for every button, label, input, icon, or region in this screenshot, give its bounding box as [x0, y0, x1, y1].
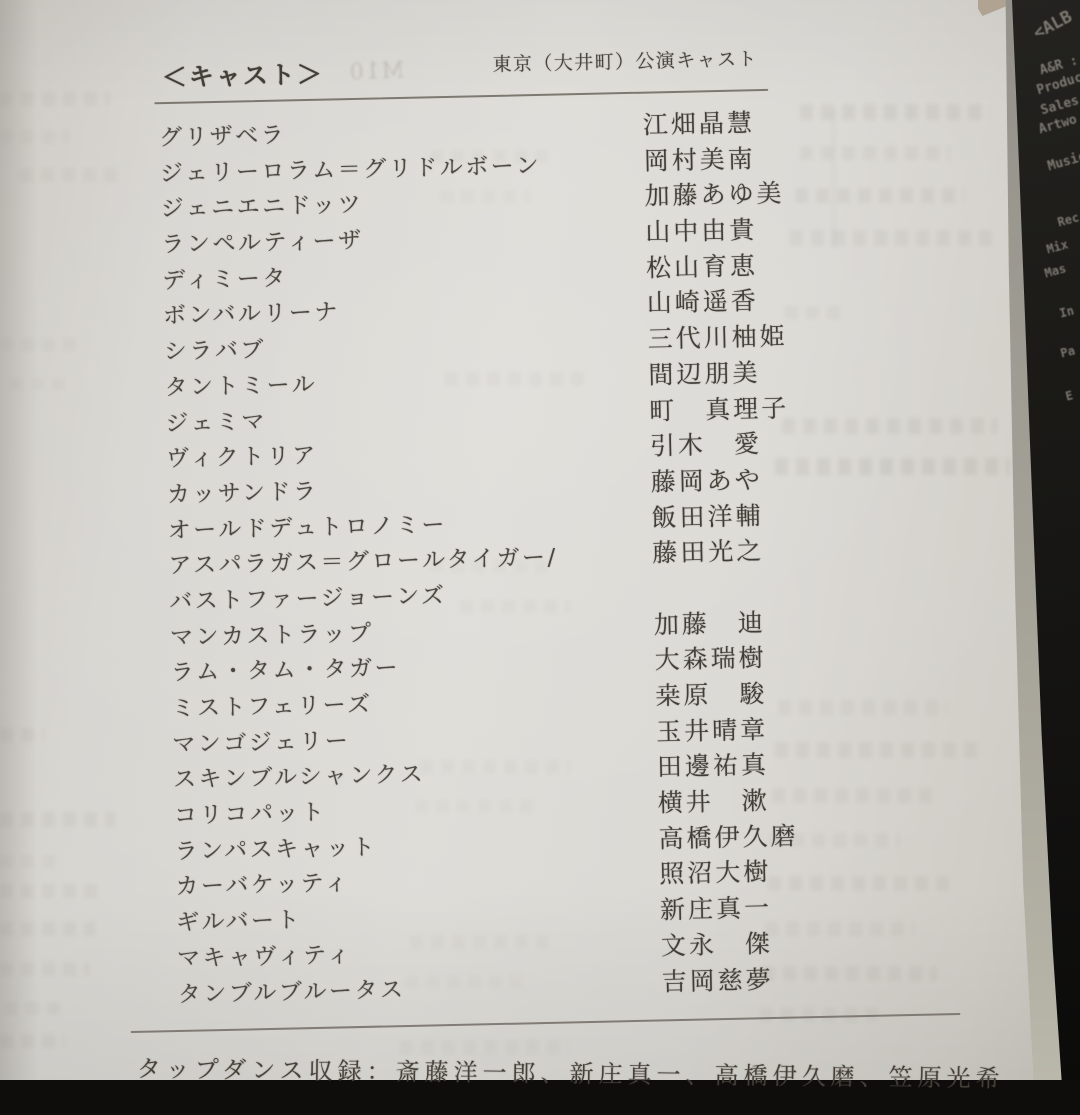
- cast-actor-name: 横井 漱: [657, 781, 770, 819]
- cast-role: タンブルブルータス: [177, 971, 405, 1009]
- cast-actor-name: 江畑晶慧: [643, 103, 756, 141]
- cast-actor-name: 照沼大樹: [659, 852, 772, 890]
- adjacent-page-credit-fragment: Rec: [1056, 210, 1080, 229]
- divider-bottom: [131, 1013, 961, 1033]
- cast-actor-name: 大森瑞樹: [654, 638, 767, 676]
- cast-actor-name: 町 真理子: [649, 388, 790, 427]
- page-content: ＜キャスト＞ 東京（大井町）公演キャスト グリザベラ江畑晶慧ジェリーロラム＝グリ…: [0, 0, 1080, 1080]
- photographed-booklet-page: ＜キャスト＞ 東京（大井町）公演キャスト グリザベラ江畑晶慧ジェリーロラム＝グリ…: [0, 0, 1080, 1080]
- cast-role: ギルバート: [176, 901, 302, 937]
- cast-role: シラバブ: [163, 331, 266, 366]
- adjacent-page-credit-fragment: Pa: [1059, 344, 1076, 361]
- cast-actor-name: 岡村美南: [643, 139, 756, 177]
- cast-actor-name: 文永 傑: [660, 924, 773, 962]
- tap-dance-credit: タップダンス収録：斎藤洋一郎、新庄真一、高橋伊久磨、笠原光希: [137, 1049, 1005, 1080]
- cast-actor-name: 田邊祐真: [657, 745, 770, 783]
- cast-actor-name: 吉岡慈夢: [661, 960, 774, 998]
- cast-actor-name: 藤田光之: [652, 531, 765, 569]
- cast-role: グリザベラ: [159, 116, 287, 152]
- cast-actor-name: 山崎遥香: [646, 282, 759, 320]
- adjacent-page-credit-fragment: Mas: [1043, 261, 1068, 280]
- cast-actor-name: 新庄真一: [660, 888, 773, 926]
- cast-actor-name: 飯田洋輔: [651, 496, 764, 534]
- adjacent-page-credit-fragment: Mix: [1045, 237, 1070, 256]
- cast-role: コリコパット: [174, 794, 327, 830]
- cast-actor-name: 山中由貴: [645, 210, 758, 248]
- cast-actor-name: 高橋伊久磨: [658, 816, 799, 855]
- cast-actor-name: 間辺朋美: [648, 353, 761, 391]
- adjacent-page-credit-fragment: Music: [1046, 149, 1080, 174]
- cast-role: ディミータ: [162, 259, 288, 295]
- cast-actor-name: 加藤 迪: [653, 603, 766, 641]
- cast-actor-name: 引木 愛: [650, 424, 763, 462]
- cast-role: ヴィクトリア: [166, 437, 318, 473]
- bleed-through-cue-label: M10: [347, 58, 404, 85]
- adjacent-page-credit-fragment: <ALB: [1030, 7, 1076, 44]
- adjacent-page-credit-fragment: In: [1058, 304, 1075, 321]
- cast-actor-name: 加藤あゆ美: [644, 174, 785, 213]
- page-subtitle: 東京（大井町）公演キャスト: [492, 44, 758, 77]
- cast-role: タントミール: [164, 366, 317, 402]
- cast-actor-name: 桒原 駿: [655, 674, 768, 712]
- cast-actor-name: 松山育恵: [646, 246, 759, 284]
- cast-actor-name: 三代川柚姫: [647, 317, 788, 356]
- cast-actor-name: 玉井晴章: [656, 710, 769, 748]
- adjacent-page-credit-fragment: E: [1064, 388, 1074, 403]
- cast-list: グリザベラ江畑晶慧ジェリーロラム＝グリドルボーン岡村美南ジェニエニドッツ加藤あゆ…: [159, 98, 958, 1007]
- cast-role: カッサンドラ: [167, 473, 319, 509]
- page-title: ＜キャスト＞: [161, 55, 324, 95]
- cast-actor-name: 藤岡あや: [650, 460, 763, 498]
- cast-role: ジェミマ: [165, 402, 267, 437]
